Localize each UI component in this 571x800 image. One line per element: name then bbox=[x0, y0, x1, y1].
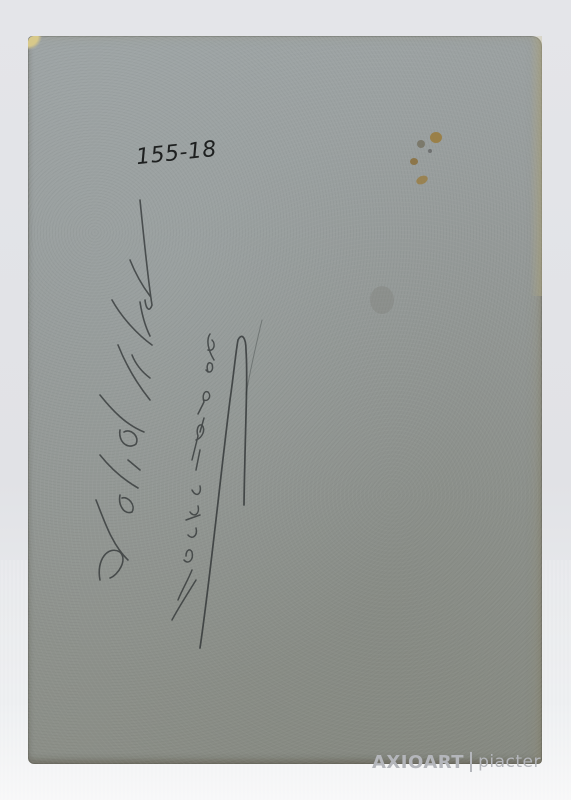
watermark-separator bbox=[470, 752, 472, 772]
paper-texture bbox=[28, 36, 542, 764]
watermark-brand: AXIOART bbox=[372, 752, 464, 773]
photo-card-back bbox=[28, 36, 542, 764]
watermark-sub: piacter bbox=[478, 752, 541, 772]
stain-spot bbox=[428, 149, 432, 153]
stain-spot bbox=[430, 132, 442, 143]
corner-wear bbox=[28, 36, 50, 58]
watermark: AXIOART piacter bbox=[372, 751, 541, 773]
edge-wear bbox=[530, 36, 542, 296]
stain-spot bbox=[417, 140, 425, 148]
stain-smudge bbox=[370, 286, 394, 314]
stain-spot bbox=[410, 158, 418, 165]
